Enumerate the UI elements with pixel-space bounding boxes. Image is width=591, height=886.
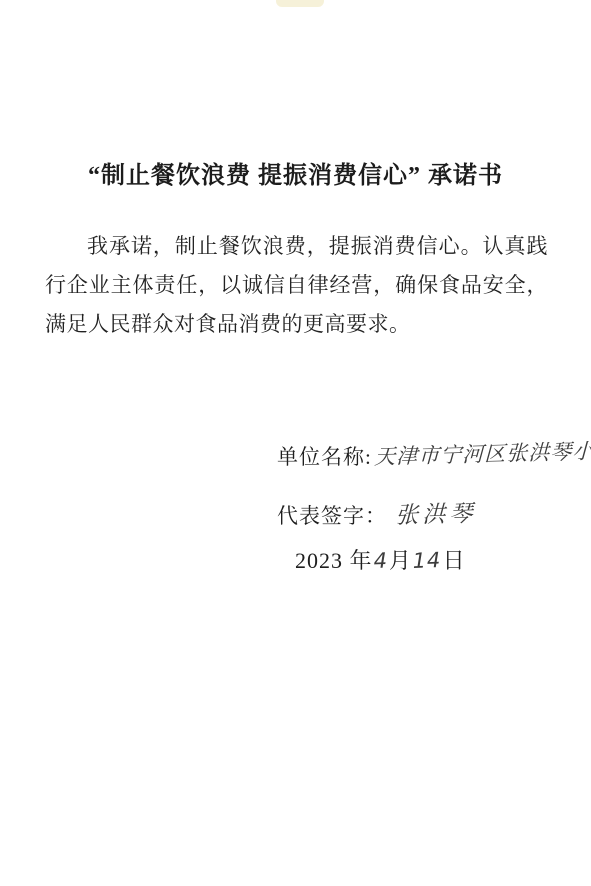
date-row: 2023 年4月14日 bbox=[295, 544, 466, 575]
pledge-body-paragraph: 我承诺，制止餐饮浪费，提振消费信心。认真践行企业主体责任，以诚信自律经营，确保食… bbox=[45, 227, 548, 344]
document-title: “制止餐饮浪费 提振消费信心” 承诺书 bbox=[0, 155, 591, 190]
date-day-unit-printed: 日 bbox=[443, 548, 466, 573]
scan-artifact-top-mark bbox=[276, 0, 324, 7]
date-month-handwritten: 4 bbox=[373, 549, 388, 573]
scanned-document-page: “制止餐饮浪费 提振消费信心” 承诺书 我承诺，制止餐饮浪费，提振消费信心。认真… bbox=[0, 0, 591, 886]
unit-name-row: 单位名称:天津市宁河区张洪琴小吃部 bbox=[277, 441, 591, 471]
date-year-printed: 2023 年 bbox=[295, 548, 373, 573]
signature-handwritten-value: 张洪琴 bbox=[395, 495, 477, 530]
unit-name-label: 单位名称: bbox=[277, 445, 372, 469]
representative-signature-row: 代表签字：张洪琴 bbox=[277, 497, 476, 530]
signature-label: 代表签字： bbox=[277, 504, 387, 528]
date-day-handwritten: 14 bbox=[412, 548, 442, 573]
date-month-unit-printed: 月 bbox=[389, 548, 412, 573]
unit-name-handwritten-value: 天津市宁河区张洪琴小吃部 bbox=[374, 434, 591, 471]
